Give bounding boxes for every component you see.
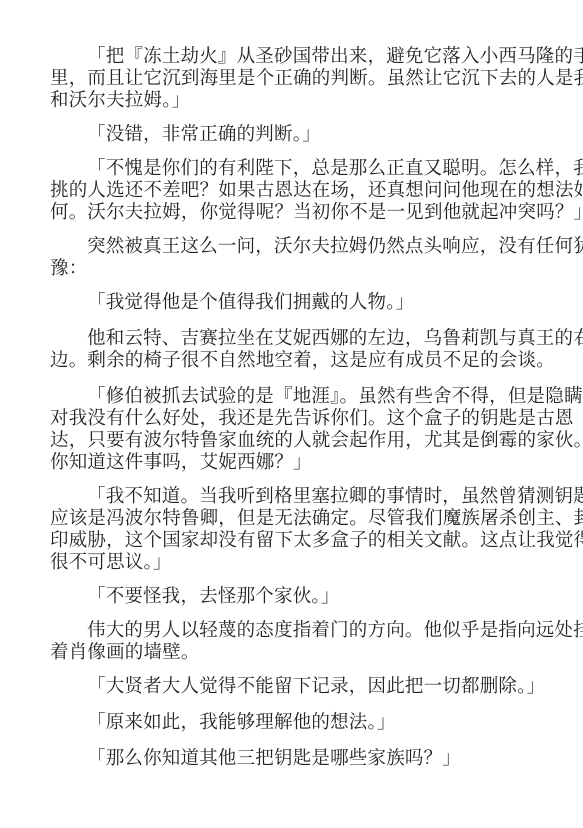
text-line: 和沃尔夫拉姆。」 <box>50 90 528 112</box>
text-line: 印威胁，这个国家却没有留下太多盒子的相关文献。这点让我觉得 <box>50 530 528 552</box>
text-line: 突然被真王这么一问，沃尔夫拉姆仍然点头响应，没有任何犹 <box>50 236 528 258</box>
text-line: 对我没有什么好处，我还是先告诉你们。这个盒子的钥匙是古恩 <box>50 408 528 430</box>
paragraph: 「修伯被抓去试验的是『地涯』。虽然有些舍不得，但是隐瞒 对我没有什么好处，我还是… <box>50 386 528 474</box>
paragraph: 「大贤者大人觉得不能留下记录，因此把一切都删除。」 <box>50 676 528 698</box>
paragraph: 「原来如此，我能够理解他的想法。」 <box>50 712 528 734</box>
text-line: 你知道这件事吗，艾妮西娜？」 <box>50 452 528 474</box>
paragraph: 「我不知道。当我听到格里塞拉卿的事情时，虽然曾猜测钥匙 应该是冯波尔特鲁卿，但是… <box>50 486 528 574</box>
paragraph: 「不要怪我，去怪那个家伙。」 <box>50 586 528 608</box>
text-line: 「不愧是你们的有利陛下，总是那么正直又聪明。怎么样，我 <box>50 158 528 180</box>
text-line: 「没错，非常正确的判断。」 <box>50 124 528 146</box>
text-line: 应该是冯波尔特鲁卿，但是无法确定。尽管我们魔族屠杀创主、封 <box>50 508 528 530</box>
text-line: 达，只要有波尔特鲁家血统的人就会起作用，尤其是倒霉的家伙。 <box>50 430 528 452</box>
text-line: 挑的人选还不差吧？如果古恩达在场，还真想问问他现在的想法如 <box>50 180 528 202</box>
text-line: 里，而且让它沉到海里是个正确的判断。虽然让它沉下去的人是我 <box>50 68 528 90</box>
text-line: 「那么你知道其他三把钥匙是哪些家族吗？」 <box>50 748 528 770</box>
text-line: 「我不知道。当我听到格里塞拉卿的事情时，虽然曾猜测钥匙 <box>50 486 528 508</box>
text-line: 「我觉得他是个值得我们拥戴的人物。」 <box>50 292 528 314</box>
paragraph: 「没错，非常正确的判断。」 <box>50 124 528 146</box>
text-line: 边。剩余的椅子很不自然地空着，这是应有成员不足的会谈。 <box>50 350 528 372</box>
text-line: 他和云特、吉赛拉坐在艾妮西娜的左边，乌鲁莉凯与真王的右 <box>50 328 528 350</box>
paragraph: 「不愧是你们的有利陛下，总是那么正直又聪明。怎么样，我 挑的人选还不差吧？如果古… <box>50 158 528 224</box>
text-line: 「大贤者大人觉得不能留下记录，因此把一切都删除。」 <box>50 676 528 698</box>
paragraph: 「我觉得他是个值得我们拥戴的人物。」 <box>50 292 528 314</box>
paragraph: 他和云特、吉赛拉坐在艾妮西娜的左边，乌鲁莉凯与真王的右 边。剩余的椅子很不自然地… <box>50 328 528 372</box>
text-line: 「原来如此，我能够理解他的想法。」 <box>50 712 528 734</box>
text-line: 「把『冻土劫火』从圣砂国带出来，避免它落入小西马隆的手 <box>50 46 528 68</box>
text-line: 何。沃尔夫拉姆，你觉得呢？当初你不是一见到他就起冲突吗？」 <box>50 202 528 224</box>
text-line: 着肖像画的墙壁。 <box>50 642 528 664</box>
paragraph: 「那么你知道其他三把钥匙是哪些家族吗？」 <box>50 748 528 770</box>
document-page: 「把『冻土劫火』从圣砂国带出来，避免它落入小西马隆的手 里，而且让它沉到海里是个… <box>0 0 583 828</box>
paragraph: 伟大的男人以轻蔑的态度指着门的方向。他似乎是指向远处挂 着肖像画的墙壁。 <box>50 620 528 664</box>
text-line: 很不可思议。」 <box>50 552 528 574</box>
paragraph: 突然被真王这么一问，沃尔夫拉姆仍然点头响应，没有任何犹 豫： <box>50 236 528 280</box>
text-line: 豫： <box>50 258 528 280</box>
text-line: 伟大的男人以轻蔑的态度指着门的方向。他似乎是指向远处挂 <box>50 620 528 642</box>
paragraph: 「把『冻土劫火』从圣砂国带出来，避免它落入小西马隆的手 里，而且让它沉到海里是个… <box>50 46 528 112</box>
text-line: 「不要怪我，去怪那个家伙。」 <box>50 586 528 608</box>
text-line: 「修伯被抓去试验的是『地涯』。虽然有些舍不得，但是隐瞒 <box>50 386 528 408</box>
